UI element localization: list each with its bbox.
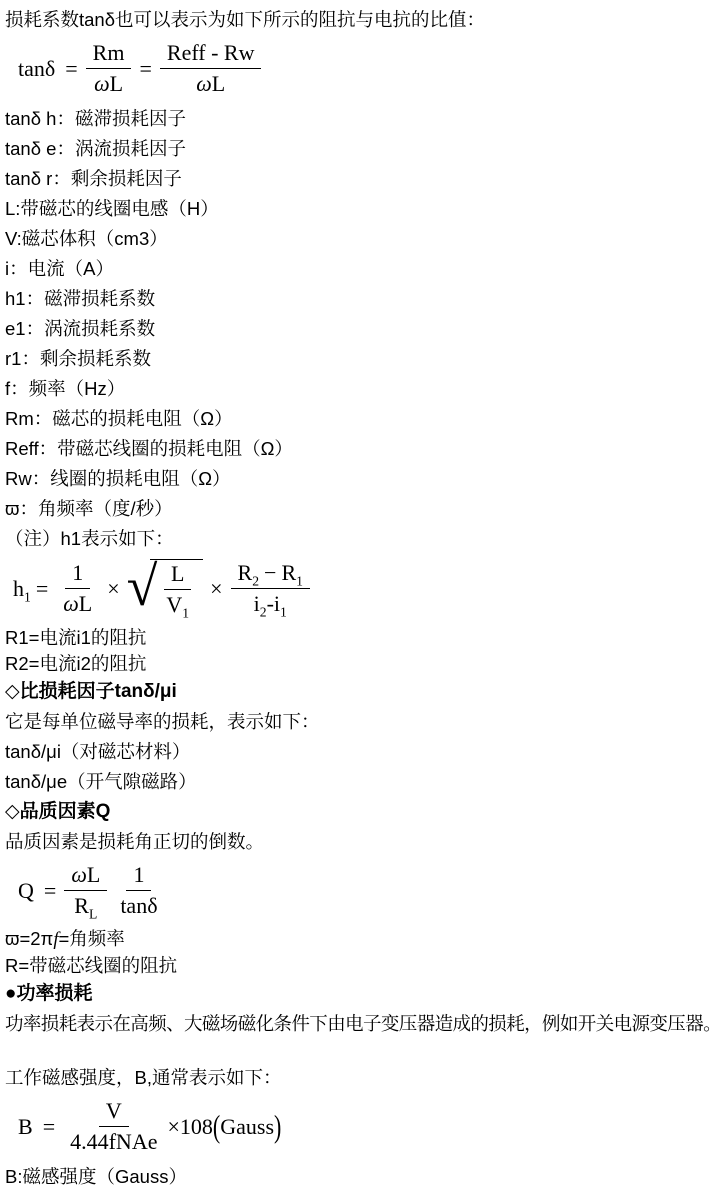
denominator: 4.44fNAe [63, 1127, 164, 1155]
multiply-sign: × [107, 576, 119, 602]
subscript: 1 [182, 605, 189, 620]
flux-density-intro: 工作磁感强度，B,通常表示如下： [5, 1063, 709, 1093]
r-symbol: R [281, 560, 296, 585]
fraction-reff-rw-over-wl: Reff - Rw ωL [160, 40, 262, 97]
intro-text: 损耗系数tanδ也可以表示为如下所示的阻抗与电抗的比值： [5, 5, 709, 35]
definition-line: f：频率（Hz） [5, 374, 709, 404]
subscript: 1 [280, 604, 287, 619]
numerator: V [99, 1098, 129, 1127]
fraction-one-over-tand: 1 tanδ [113, 862, 164, 919]
omega-line-pre: ϖ=2π [5, 928, 53, 949]
times-108: ×108 [167, 1114, 212, 1140]
denominator: RL [67, 891, 104, 919]
numerator: L [164, 561, 191, 590]
formula-lhs: tanδ [18, 56, 55, 82]
inductance-symbol: L [87, 862, 100, 887]
definition-line: e1：涡流损耗系数 [5, 314, 709, 344]
fraction-l-over-v1: L V1 [159, 561, 196, 618]
definition-line: V:磁芯体积（cm3） [5, 224, 709, 254]
subscript: 1 [24, 589, 31, 604]
equals-sign: = [65, 56, 77, 82]
b-definition: B:磁感强度（Gauss） [5, 1162, 709, 1192]
b-symbol: B [18, 1114, 33, 1140]
definition-line: Reff：带磁芯线圈的损耗电阻（Ω） [5, 434, 709, 464]
denominator: ωL [87, 69, 130, 97]
angular-frequency-definition: ϖ=2πf=角频率 [5, 926, 709, 953]
radicand: L V1 [150, 559, 203, 618]
equals-sign: = [139, 56, 151, 82]
minus-sign: − [259, 560, 281, 585]
equals-sign: = [36, 576, 48, 602]
r-symbol: R [238, 560, 253, 585]
formula-tan-delta: tanδ = Rm ωL = Reff - Rw ωL [13, 40, 709, 97]
fraction-one-over-wl: 1 ωL [56, 560, 99, 617]
omega-line-post: =角频率 [58, 928, 124, 949]
r-definition: R=带磁芯线圈的阻抗 [5, 953, 709, 979]
volume-symbol: V [166, 592, 182, 617]
numerator: ωL [64, 862, 107, 891]
omega-symbol: ω [196, 71, 212, 96]
inductance-symbol: L [110, 71, 123, 96]
square-root: √ L V1 [127, 559, 203, 618]
numerator: Reff - Rw [160, 40, 262, 69]
denominator: ωL [189, 69, 232, 97]
denominator: i2-i1 [247, 589, 294, 617]
subscript: 2 [260, 604, 267, 619]
numerator: Rm [86, 40, 132, 69]
h-letter: h [13, 576, 24, 601]
document-page: 损耗系数tanδ也可以表示为如下所示的阻抗与电抗的比值： tanδ = Rm ω… [0, 0, 715, 1192]
omega-symbol: ω [63, 591, 79, 616]
definition-line: ϖ：角频率（度/秒） [5, 494, 709, 524]
formula-h1: h1 = 1 ωL × √ L V1 × R2−R1 i2-i1 [13, 559, 709, 618]
h1-symbol: h1 [13, 576, 31, 602]
omega-symbol: ω [71, 862, 87, 887]
denominator: tanδ [113, 891, 164, 919]
multiply-sign: × [210, 576, 222, 602]
denominator: ωL [56, 589, 99, 617]
r1-definition: R1=电流i1的阻抗 [5, 625, 709, 651]
definition-line: tanδ r：剩余损耗因子 [5, 164, 709, 194]
numerator: R2−R1 [231, 560, 310, 589]
numerator: 1 [126, 862, 151, 891]
minus-sign: - [267, 591, 274, 616]
definition-line: L:带磁芯的线圈电感（H） [5, 194, 709, 224]
definition-line: Rm：磁芯的损耗电阻（Ω） [5, 404, 709, 434]
inductance-symbol: L [79, 591, 92, 616]
formula-flux-density: B = V 4.44fNAe ×108 ( Gauss ) [13, 1098, 709, 1155]
equals-sign: = [43, 1114, 55, 1140]
omega-symbol: ω [94, 71, 110, 96]
subscript: L [89, 906, 97, 921]
denominator: V1 [159, 590, 196, 618]
definition-line: i：电流（A） [5, 254, 709, 284]
fraction-r-diff-over-i-diff: R2−R1 i2-i1 [231, 560, 310, 617]
gauss-unit: Gauss [220, 1114, 274, 1140]
definition-line: tanδ h：磁滞损耗因子 [5, 104, 709, 134]
r2-definition: R2=电流i2的阻抗 [5, 651, 709, 677]
r-symbol: R [74, 893, 89, 918]
equals-sign: = [44, 878, 56, 904]
definition-line: Rw：线圈的损耗电阻（Ω） [5, 464, 709, 494]
specific-loss-core-material: tanδ/μi（对磁芯材料） [5, 737, 709, 767]
quality-factor-text: 品质因素是损耗角正切的倒数。 [5, 827, 709, 857]
inductance-symbol: L [212, 71, 225, 96]
specific-loss-text: 它是每单位磁导率的损耗，表示如下： [5, 707, 709, 737]
blank-gap [5, 1039, 709, 1063]
fraction-v-over-444fnae: V 4.44fNAe [63, 1098, 164, 1155]
specific-loss-gapped-circuit: tanδ/μe（开气隙磁路） [5, 767, 709, 797]
fraction-wl-over-rl: ωL RL [64, 862, 107, 919]
numerator: 1 [65, 560, 90, 589]
definition-line: tanδ e：涡流损耗因子 [5, 134, 709, 164]
note-line: （注）h1表示如下： [5, 524, 709, 554]
radical-icon: √ [127, 561, 158, 614]
right-paren: ) [274, 1108, 281, 1146]
subscript: 1 [296, 573, 303, 588]
formula-quality-factor: Q = ωL RL 1 tanδ [13, 862, 709, 919]
section-heading-quality-factor: ◇品质因素Q [5, 797, 709, 827]
definition-line: r1：剩余损耗系数 [5, 344, 709, 374]
subscript: 2 [252, 573, 259, 588]
left-paren: ( [213, 1108, 220, 1146]
power-loss-paragraph: 功率损耗表示在高频、大磁场磁化条件下由电子变压器造成的损耗，例如开关电源变压器。 [5, 1009, 709, 1039]
section-heading-specific-loss-factor: ◇比损耗因子tanδ/μi [5, 677, 709, 707]
definition-line: h1：磁滞损耗系数 [5, 284, 709, 314]
fraction-rm-over-wl: Rm ωL [86, 40, 132, 97]
section-heading-power-loss: ●功率损耗 [5, 979, 709, 1009]
q-symbol: Q [18, 878, 34, 904]
